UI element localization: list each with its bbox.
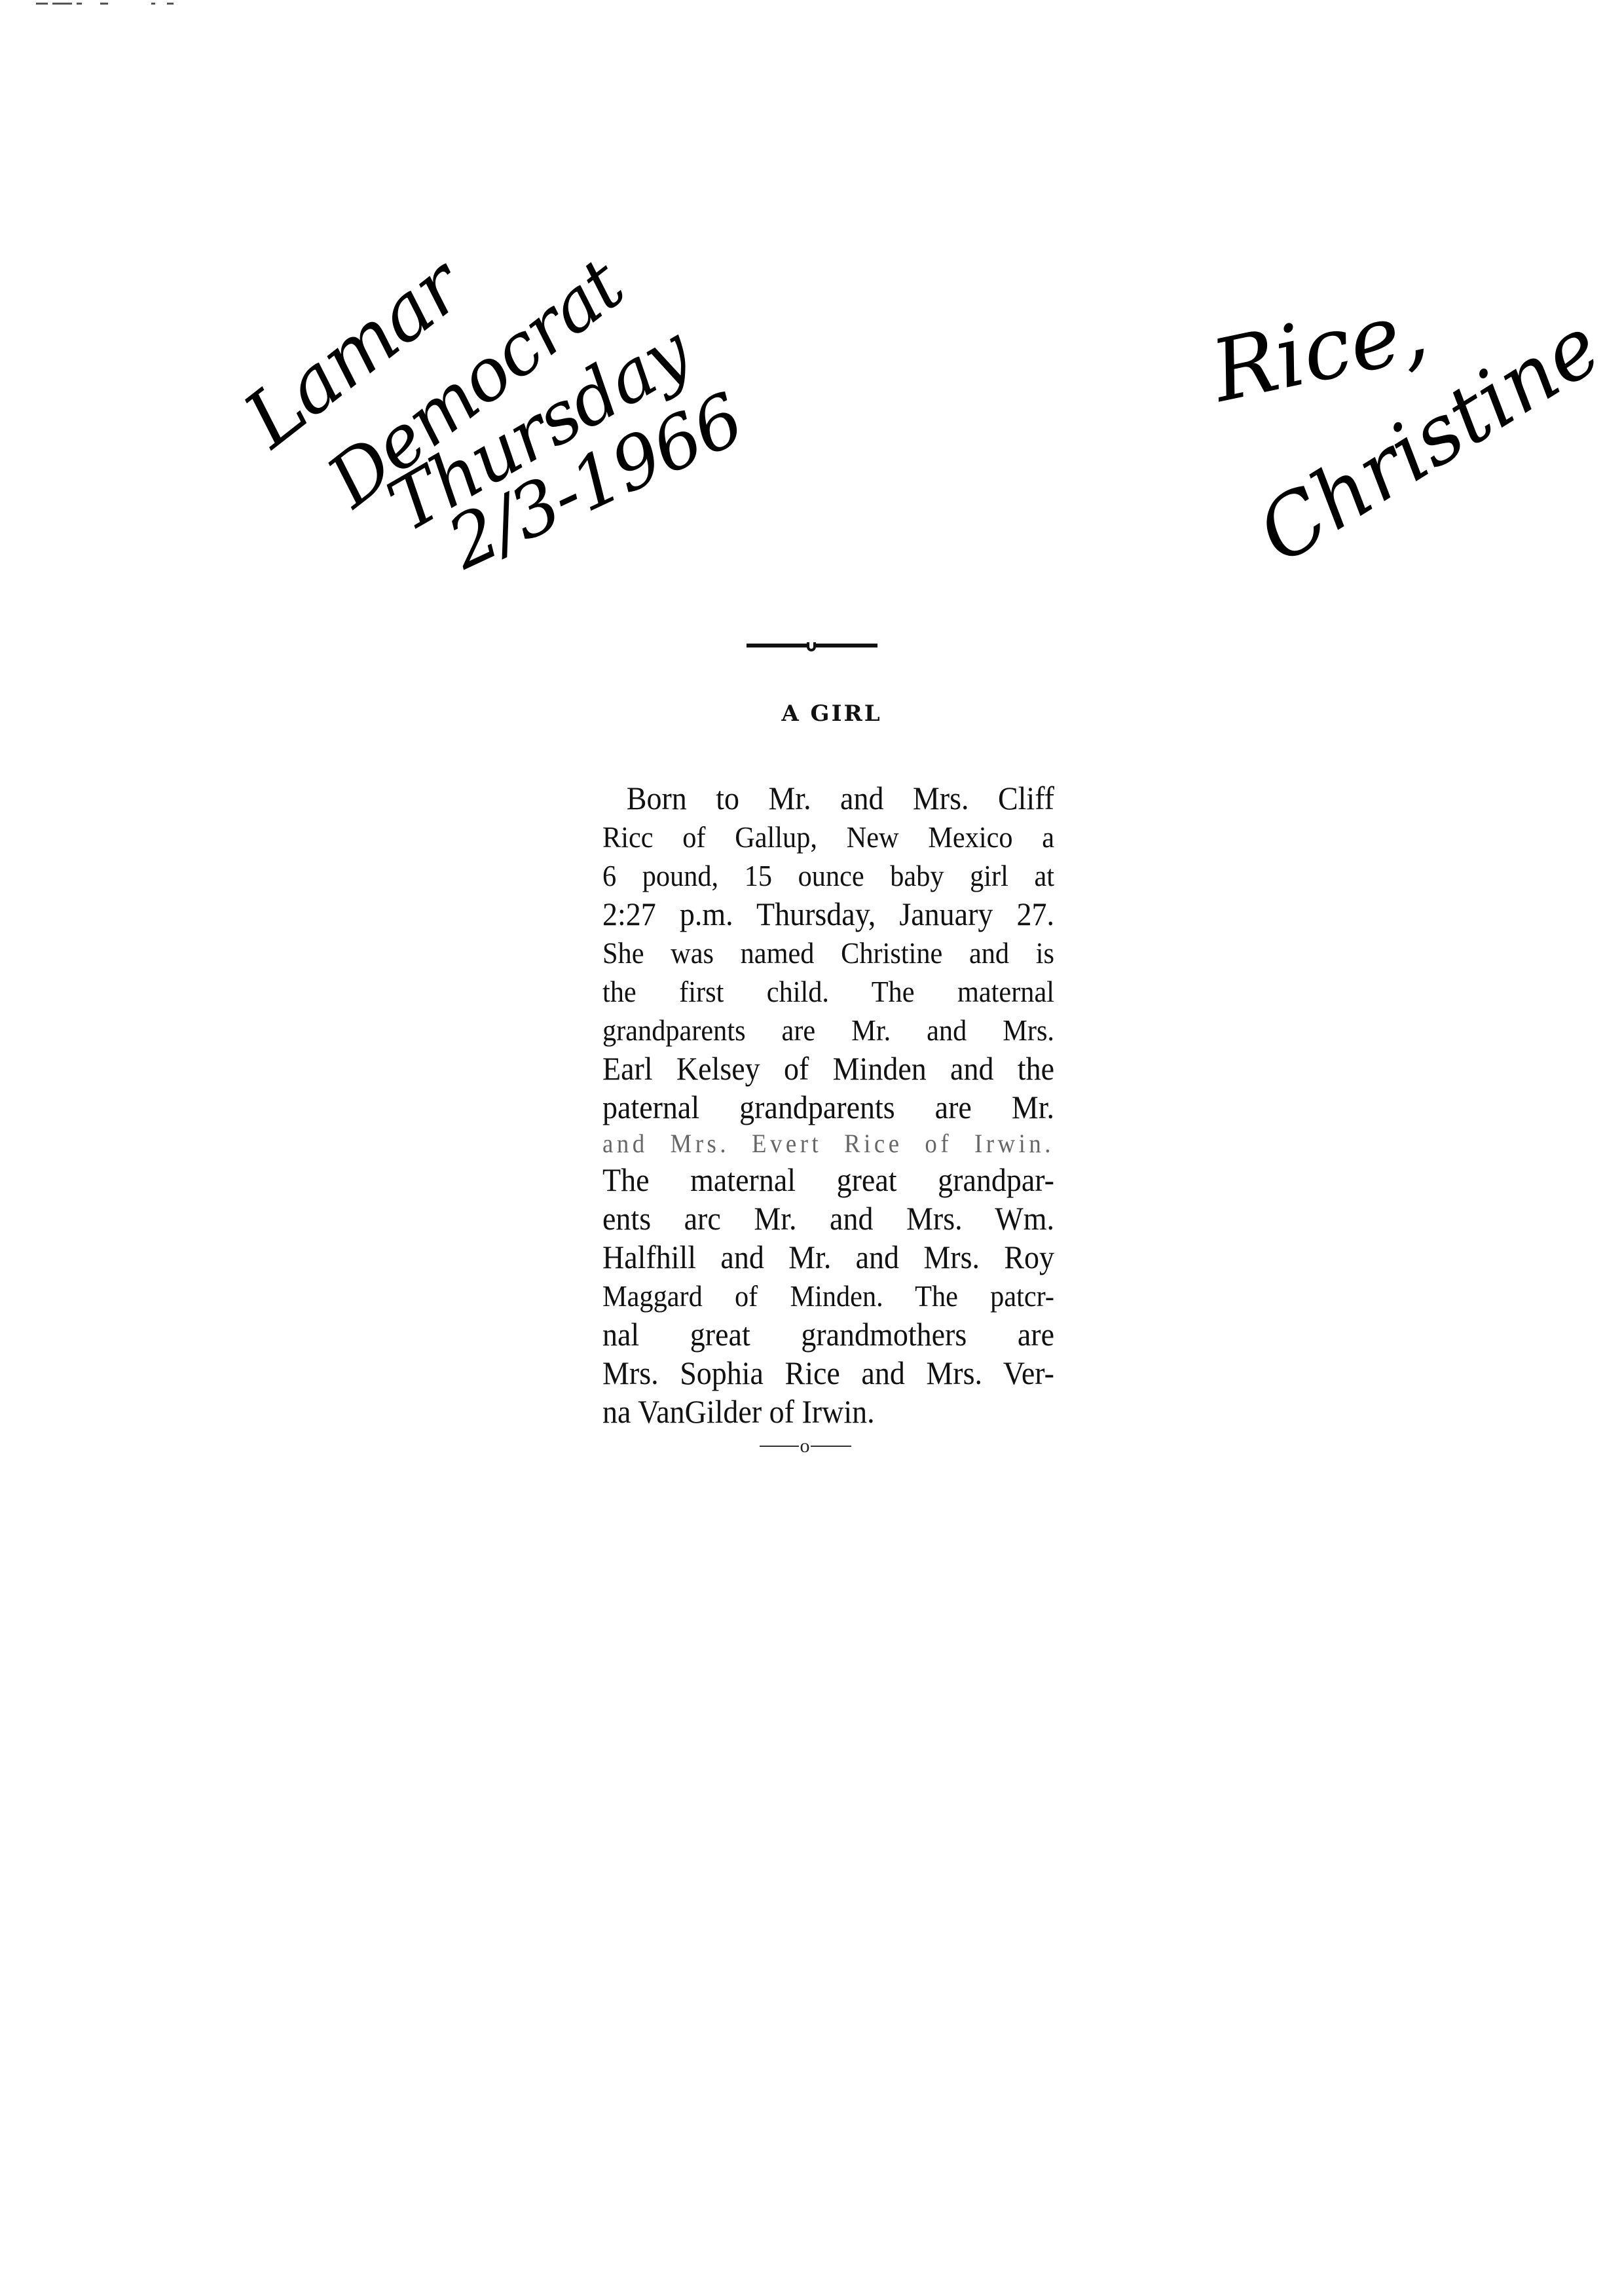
article-line: paternal grandparents are Mr. bbox=[602, 1088, 1054, 1127]
article-line: 2:27 p.m. Thursday, January 27. bbox=[602, 895, 1054, 934]
article-line: The maternal great grandpar- bbox=[602, 1161, 1054, 1199]
article-line: Mrs. Sophia Rice and Mrs. Ver- bbox=[602, 1354, 1054, 1393]
article-line: Maggard of Minden. The patcr- bbox=[602, 1277, 1054, 1315]
article-line: nal great grandmothers are bbox=[602, 1315, 1054, 1354]
article-line: grandparents are Mr. and Mrs. bbox=[602, 1011, 1054, 1049]
article-headline: A GIRL bbox=[589, 701, 1061, 727]
article-line: and Mrs. Evert Rice of Irwin. bbox=[602, 1127, 1054, 1161]
bottom-ornament-rule: o bbox=[760, 1436, 851, 1456]
article-line: Ricc of Gallup, New Mexico a bbox=[602, 818, 1054, 856]
handwritten-line: Rice, bbox=[1205, 286, 1434, 414]
article-line: Earl Kelsey of Minden and the bbox=[602, 1049, 1054, 1088]
scanned-page: Lamar Democrat Thursday 2/3-1966 Rice, C… bbox=[0, 0, 1624, 2296]
scan-artifacts bbox=[36, 3, 180, 8]
ornament-glyph: o bbox=[799, 1436, 811, 1456]
article-line: She was named Christine and is bbox=[602, 934, 1054, 972]
article-line: the first child. The maternal bbox=[602, 972, 1054, 1011]
article-line: Halfhill and Mr. and Mrs. Roy bbox=[602, 1238, 1054, 1277]
article-line: Born to Mr. and Mrs. Cliff bbox=[602, 779, 1054, 818]
article-line: na VanGilder of Irwin. bbox=[602, 1393, 1054, 1431]
handwritten-publication-note: Lamar Democrat Thursday 2/3-1966 bbox=[242, 216, 635, 511]
article-line: ents arc Mr. and Mrs. Wm. bbox=[602, 1199, 1054, 1238]
handwritten-subject-note: Rice, Christine bbox=[1198, 275, 1565, 524]
article-body: Born to Mr. and Mrs. Cliff Ricc of Gallu… bbox=[602, 779, 1054, 1456]
article-line: 6 pound, 15 ounce baby girl at bbox=[602, 856, 1054, 895]
top-ornament-rule bbox=[747, 638, 877, 651]
